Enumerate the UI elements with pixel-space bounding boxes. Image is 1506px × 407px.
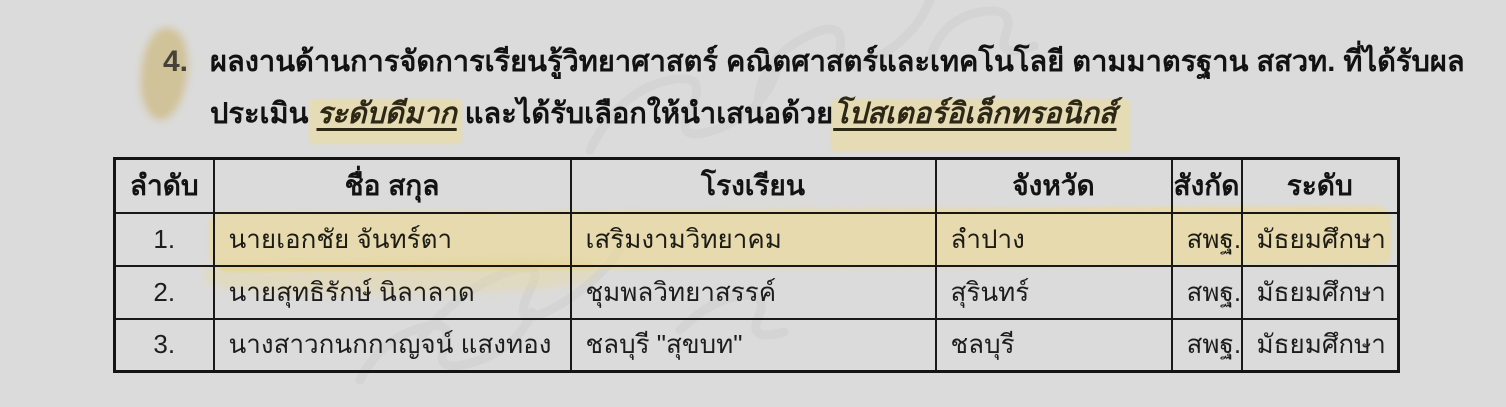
column-header-level: ระดับ xyxy=(1242,159,1399,213)
cell-level: มัธยมศึกษา xyxy=(1242,213,1399,266)
heading-line-2-prefix: ประเมิน xyxy=(210,98,316,130)
cell-school: เสริมงามวิทยาคม xyxy=(571,213,936,266)
table-row: 1. นายเอกชัย จันทร์ตา เสริมงามวิทยาคม ลำ… xyxy=(115,213,1399,266)
awardees-table: ลำดับ ชื่อ สกุล โรงเรียน จังหวัด สังกัด … xyxy=(113,157,1400,373)
column-header-name: ชื่อ สกุล xyxy=(214,159,571,213)
cell-province: ชลบุรี xyxy=(936,319,1172,372)
table-header-row: ลำดับ ชื่อ สกุล โรงเรียน จังหวัด สังกัด … xyxy=(115,159,1399,213)
table-row: 2. นายสุทธิรักษ์ นิลาลาด ชุมพลวิทยาสรรค์… xyxy=(115,266,1399,319)
table-row: 3. นางสาวกนกกาญจน์ แสงทอง ชลบุรี "สุขบท"… xyxy=(115,319,1399,372)
section-number: 4. xyxy=(163,36,210,88)
heading-line-2-middle: และได้รับเลือกให้นำเสนอด้วย xyxy=(457,98,834,130)
heading-line-1: ผลงานด้านการจัดการเรียนรู้วิทยาศาสตร์ คณ… xyxy=(210,36,1465,88)
document-page: 4. ผลงานด้านการจัดการเรียนรู้วิทยาศาสตร์… xyxy=(0,0,1506,407)
cell-no: 3. xyxy=(115,319,214,372)
highlighted-phrase-eposter: โปสเตอร์อิเล็กทรอนิกส์ xyxy=(833,98,1116,130)
awardees-table-container: ลำดับ ชื่อ สกุล โรงเรียน จังหวัด สังกัด … xyxy=(113,157,1397,373)
heading-line-2: ประเมิน ระดับดีมาก และได้รับเลือกให้นำเส… xyxy=(210,88,1465,140)
highlighted-phrase-rating: ระดับดีมาก xyxy=(316,98,456,130)
cell-name: นางสาวกนกกาญจน์ แสงทอง xyxy=(214,319,571,372)
cell-school: ชลบุรี "สุขบท" xyxy=(571,319,936,372)
cell-name: นายสุทธิรักษ์ นิลาลาด xyxy=(214,266,571,319)
column-header-affiliation: สังกัด xyxy=(1172,159,1242,213)
cell-school: ชุมพลวิทยาสรรค์ xyxy=(571,266,936,319)
cell-no: 1. xyxy=(115,213,214,266)
section-heading: 4. ผลงานด้านการจัดการเรียนรู้วิทยาศาสตร์… xyxy=(163,36,1465,140)
cell-no: 2. xyxy=(115,266,214,319)
cell-affiliation: สพฐ. xyxy=(1172,266,1242,319)
column-header-province: จังหวัด xyxy=(936,159,1172,213)
column-header-school: โรงเรียน xyxy=(571,159,936,213)
cell-province: สุรินทร์ xyxy=(936,266,1172,319)
cell-affiliation: สพฐ. xyxy=(1172,319,1242,372)
column-header-no: ลำดับ xyxy=(115,159,214,213)
cell-level: มัธยมศึกษา xyxy=(1242,319,1399,372)
cell-province: ลำปาง xyxy=(936,213,1172,266)
section-heading-text: ผลงานด้านการจัดการเรียนรู้วิทยาศาสตร์ คณ… xyxy=(210,36,1465,140)
cell-level: มัธยมศึกษา xyxy=(1242,266,1399,319)
cell-affiliation: สพฐ. xyxy=(1172,213,1242,266)
cell-name: นายเอกชัย จันทร์ตา xyxy=(214,213,571,266)
